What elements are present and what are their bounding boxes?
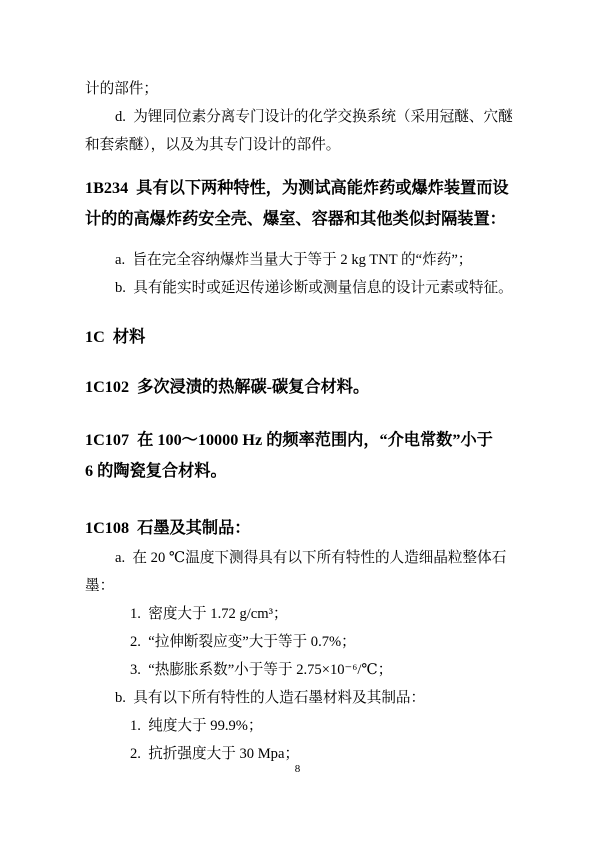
- document-content: 计的部件； d. 为锂同位素分离专门设计的化学交换系统（采用冠醚、穴醚 和套索醚…: [85, 75, 515, 768]
- item-1b234-a: a. 旨在完全容纳爆炸当量大于等于 2 kg TNT 的“炸药”；: [85, 246, 515, 274]
- item-1c108-a3: 3. “热膨胀系数”小于等于 2.75×10⁻⁶/℃；: [85, 656, 515, 684]
- item-d-line1: d. 为锂同位素分离专门设计的化学交换系统（采用冠醚、穴醚: [85, 103, 515, 131]
- paragraph-c-tail: 计的部件；: [85, 75, 515, 103]
- heading-1c107-line2: 6 的陶瓷复合材料。: [85, 456, 515, 487]
- heading-1c: 1C 材料: [85, 322, 515, 353]
- item-1c108-a1: 1. 密度大于 1.72 g/cm³；: [85, 600, 515, 628]
- document-page: 计的部件； d. 为锂同位素分离专门设计的化学交换系统（采用冠醚、穴醚 和套索醚…: [0, 0, 595, 841]
- heading-1c107-line1: 1C107 在 100～10000 Hz 的频率范围内，“介电常数”小于: [85, 425, 515, 456]
- item-1c108-a-line2: 墨：: [85, 572, 515, 600]
- heading-1c102: 1C102 多次浸渍的热解碳-碳复合材料。: [85, 372, 515, 403]
- heading-1c108: 1C108 石墨及其制品：: [85, 513, 515, 544]
- heading-1b234-line1: 1B234 具有以下两种特性，为测试高能炸药或爆炸装置而设: [85, 173, 515, 204]
- item-1c108-a2: 2. “拉伸断裂应变”大于等于 0.7%；: [85, 628, 515, 656]
- page-number: 8: [0, 762, 595, 776]
- item-1c108-b1: 1. 纯度大于 99.9%；: [85, 712, 515, 740]
- heading-1b234-line2: 计的的高爆炸药安全壳、爆室、容器和其他类似封隔装置：: [85, 204, 515, 235]
- item-1c108-b: b. 具有以下所有特性的人造石墨材料及其制品：: [85, 684, 515, 712]
- item-1c108-a-line1: a. 在 20 ℃温度下测得具有以下所有特性的人造细晶粒整体石: [85, 544, 515, 572]
- item-1b234-b: b. 具有能实时或延迟传递诊断或测量信息的设计元素或特征。: [85, 274, 515, 302]
- item-d-line2: 和套索醚），以及为其专门设计的部件。: [85, 131, 515, 159]
